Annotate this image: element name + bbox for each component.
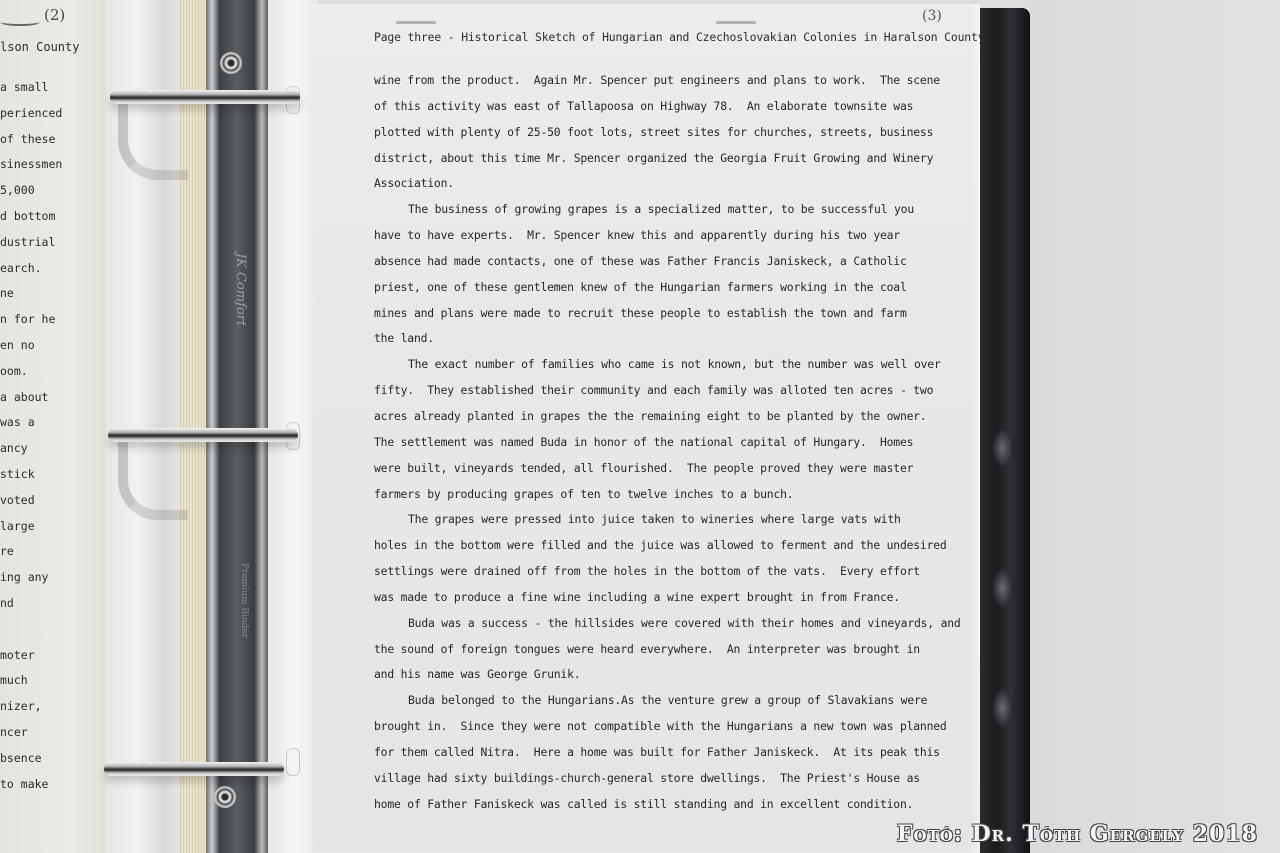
left-text-line: was a — [0, 415, 70, 441]
previous-page: (2) lson County a smallperiencedof these… — [0, 0, 108, 853]
binder-ring-bottom[interactable] — [104, 762, 284, 776]
text-line: Buda belonged to the Hungarians.As the v… — [374, 690, 961, 716]
binder-cover — [980, 8, 1030, 853]
text-line: were built, vineyards tended, all flouri… — [374, 458, 961, 484]
text-line: home of Father Faniskeck was called is s… — [374, 794, 961, 820]
text-line: Association. — [374, 173, 961, 199]
text-line: holes in the bottom were filled and the … — [374, 535, 961, 561]
left-text-line: ancy — [0, 441, 70, 467]
text-line: absence had made contacts, one of these … — [374, 251, 961, 277]
binder-ring-top[interactable] — [110, 90, 300, 104]
text-line: settlings were drained off from the hole… — [374, 561, 961, 587]
left-text-line: en no — [0, 338, 70, 364]
text-line: for them called Nitra. Here a home was b… — [374, 742, 961, 768]
staple-mark — [716, 21, 756, 24]
left-text-line — [0, 622, 70, 648]
left-page-number: (2) — [44, 6, 65, 24]
left-text-line: oom. — [0, 364, 70, 390]
text-line: The settlement was named Buda in honor o… — [374, 432, 961, 458]
photo-watermark: Fotó: Dr. Tóth Gergely 2018 — [897, 821, 1258, 847]
left-text-line: much — [0, 673, 70, 699]
left-text-line: a about — [0, 390, 70, 416]
left-page-text: a smallperiencedof thesesinessmen 5,000d… — [0, 80, 70, 802]
left-page-header: lson County — [0, 40, 79, 54]
spine-brand-text: JK Comfort — [218, 210, 248, 370]
text-line: and his name was George Grunik. — [374, 664, 961, 690]
text-line: priest, one of these gentlemen knew of t… — [374, 277, 961, 303]
left-text-line: ncer — [0, 725, 70, 751]
left-text-line: d bottom — [0, 209, 70, 235]
text-line: district, about this time Mr. Spencer or… — [374, 148, 961, 174]
ring-shadow — [118, 440, 188, 520]
rivet-icon — [214, 786, 236, 808]
text-line: have to have experts. Mr. Spencer knew t… — [374, 225, 961, 251]
binder-photo: (2) lson County a smallperiencedof these… — [0, 0, 1280, 853]
text-line: acres already planted in grapes the the … — [374, 406, 961, 432]
text-line: the sound of foreign tongues were heard … — [374, 639, 961, 665]
text-line: wine from the product. Again Mr. Spencer… — [374, 70, 961, 96]
left-text-line: re — [0, 544, 70, 570]
text-line: the land. — [374, 328, 961, 354]
left-text-line: moter — [0, 648, 70, 674]
text-line: Buda was a success - the hillsides were … — [374, 613, 961, 639]
left-text-line: sinessmen — [0, 157, 70, 183]
rivet-icon — [220, 52, 242, 74]
left-text-line: to make — [0, 777, 70, 803]
binder-spine — [206, 0, 268, 853]
document-page: (3) Page three - Historical Sketch of Hu… — [312, 4, 980, 853]
text-line: fifty. They established their community … — [374, 380, 961, 406]
text-line: of this activity was east of Tallapoosa … — [374, 96, 961, 122]
text-line: brought in. Since they were not compatib… — [374, 716, 961, 742]
cover-highlight — [992, 428, 1012, 468]
table-surface — [1030, 0, 1280, 853]
left-text-line: ing any — [0, 570, 70, 596]
left-text-line: nd — [0, 596, 70, 622]
punch-hole — [286, 748, 300, 776]
binder-ring-middle[interactable] — [108, 428, 298, 442]
page-header: Page three - Historical Sketch of Hungar… — [374, 30, 984, 44]
left-text-line: earch. — [0, 261, 70, 287]
text-line: was made to produce a fine wine includin… — [374, 587, 961, 613]
page-body-text: wine from the product. Again Mr. Spencer… — [374, 70, 961, 819]
left-text-line: of these — [0, 132, 70, 158]
ring-shadow — [118, 100, 188, 180]
cover-highlight — [992, 688, 1012, 728]
cover-highlight — [992, 568, 1012, 608]
text-line: The grapes were pressed into juice taken… — [374, 509, 961, 535]
text-line: farmers by producing grapes of ten to tw… — [374, 484, 961, 510]
text-line: village had sixty buildings-church-gener… — [374, 768, 961, 794]
left-text-line: 5,000 — [0, 183, 70, 209]
text-line: The business of growing grapes is a spec… — [374, 199, 961, 225]
left-text-line: nizer, — [0, 699, 70, 725]
handwritten-scribble — [0, 18, 40, 26]
left-text-line: a small — [0, 80, 70, 106]
text-line: plotted with plenty of 25-50 foot lots, … — [374, 122, 961, 148]
left-text-line: dustrial — [0, 235, 70, 261]
staple-mark — [396, 21, 436, 24]
left-text-line: n for he — [0, 312, 70, 338]
spine-brand-subtext: Premium Binder — [219, 545, 249, 655]
left-text-line: bsence — [0, 751, 70, 777]
page-number: (3) — [922, 8, 942, 24]
text-line: The exact number of families who came is… — [374, 354, 961, 380]
left-text-line: ne — [0, 286, 70, 312]
text-line: mines and plans were made to recruit the… — [374, 303, 961, 329]
left-text-line: perienced — [0, 106, 70, 132]
left-text-line: large — [0, 519, 70, 545]
left-text-line: voted — [0, 493, 70, 519]
left-text-line: stick — [0, 467, 70, 493]
